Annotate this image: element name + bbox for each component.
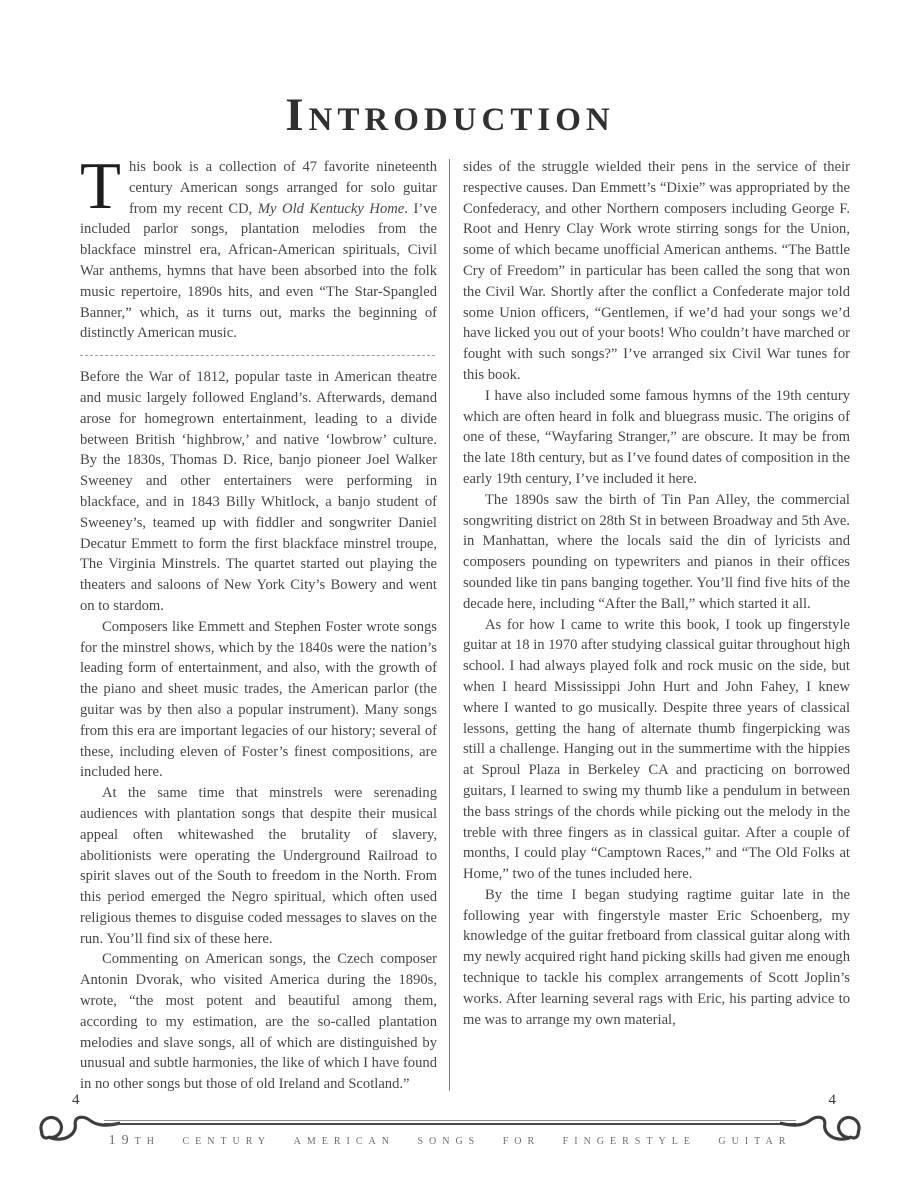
drop-cap: T <box>80 157 129 213</box>
left-column: This book is a collection of 47 favorite… <box>80 157 437 1091</box>
section-divider <box>80 355 435 356</box>
text-columns: This book is a collection of 47 favorite… <box>80 157 850 1091</box>
column-rule <box>449 159 450 1091</box>
paragraph: I have also included some famous hymns o… <box>463 386 850 490</box>
paragraph: sides of the struggle wielded their pens… <box>463 157 850 386</box>
paragraph: As for how I came to write this book, I … <box>463 615 850 885</box>
paragraph: By the time I began studying ragtime gui… <box>463 885 850 1031</box>
paragraph: Commenting on American songs, the Czech … <box>80 949 437 1091</box>
paragraph: The 1890s saw the birth of Tin Pan Alley… <box>463 490 850 615</box>
paragraph: This book is a collection of 47 favorite… <box>80 157 437 344</box>
footer-series-title: 19th Century American Songs for Fingerst… <box>0 1133 900 1149</box>
page-title: Introduction <box>0 88 900 142</box>
paragraph-text: . I’ve included parlor songs, plantation… <box>80 201 437 342</box>
cd-title-italic: My Old Kentucky Home <box>258 201 404 217</box>
paragraph: Before the War of 1812, popular taste in… <box>80 367 437 617</box>
paragraph: Composers like Emmett and Stephen Foster… <box>80 617 437 783</box>
paragraph: At the same time that minstrels were ser… <box>80 783 437 949</box>
book-page: Introduction This book is a collection o… <box>0 0 900 1200</box>
footer-rule <box>104 1120 796 1125</box>
right-column: sides of the struggle wielded their pens… <box>463 157 850 1091</box>
